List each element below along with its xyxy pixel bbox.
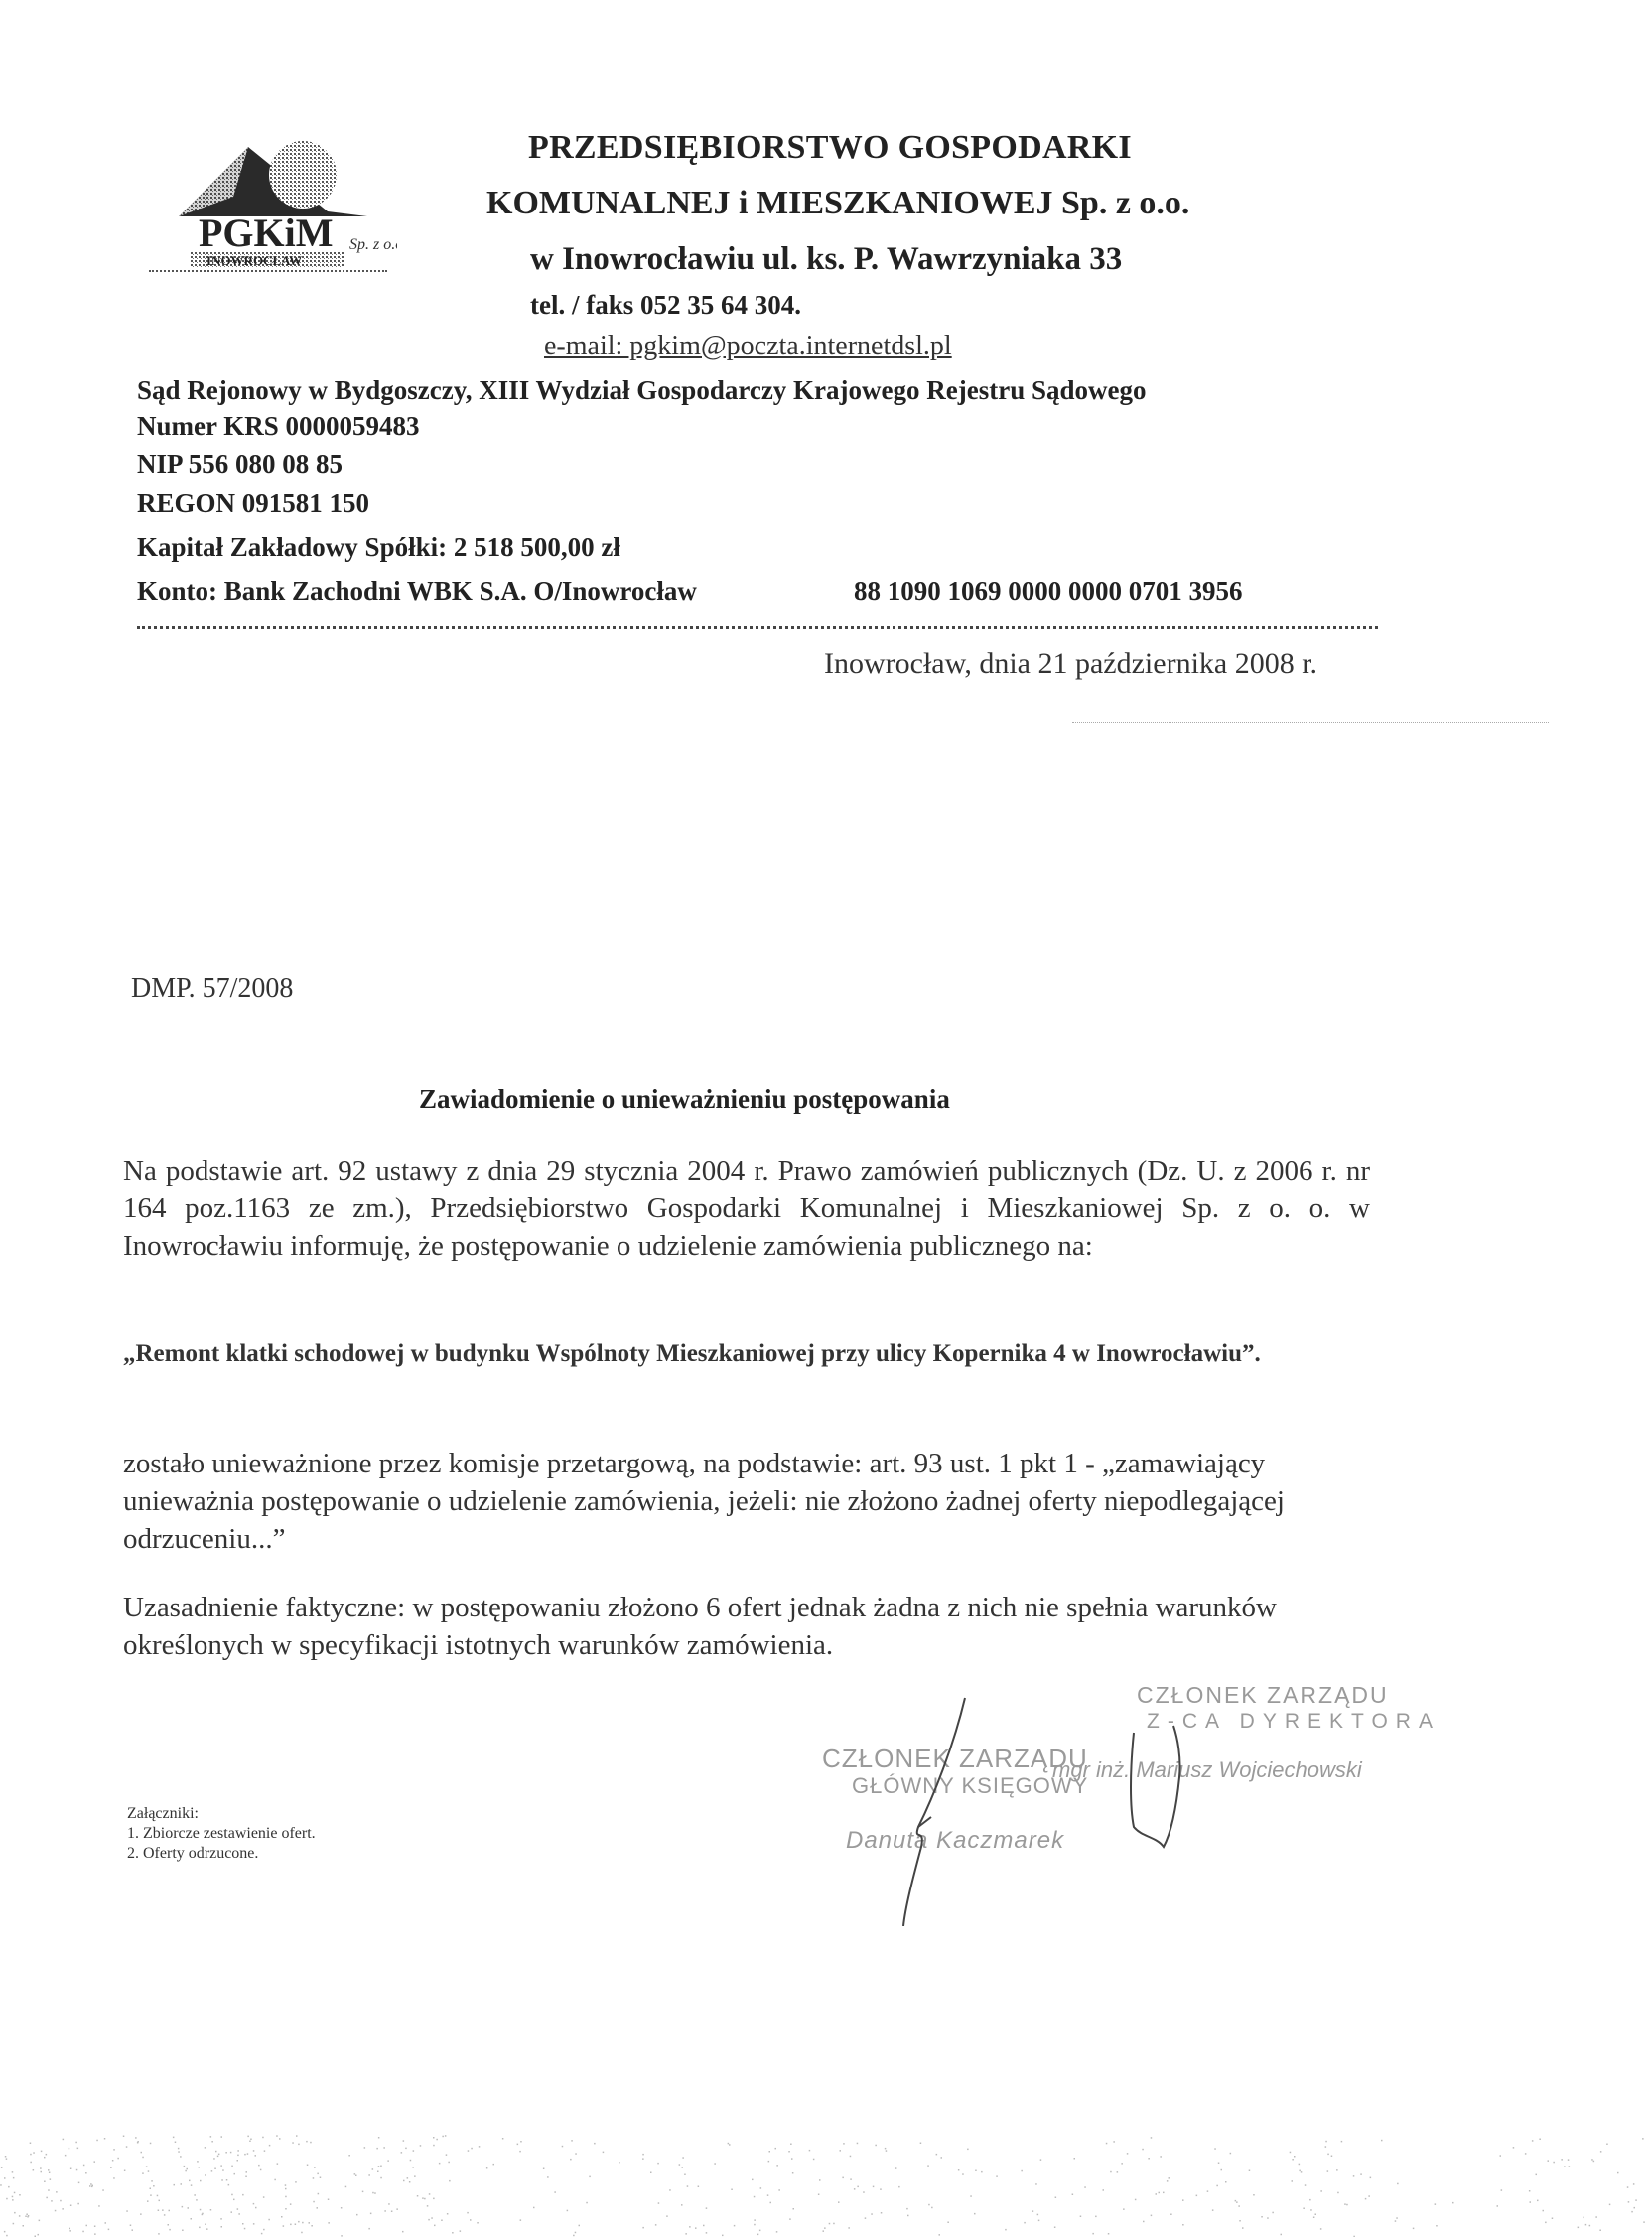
company-name-line1: PRZEDSIĘBIORSTWO GOSPODARKI	[528, 129, 1132, 167]
date-underline	[1072, 722, 1549, 723]
attachment-item: 1. Zbiorcze zestawienie ofert.	[127, 1824, 316, 1844]
handwritten-signatures-icon	[814, 1678, 1509, 1926]
bank-account-number: 88 1090 1069 0000 0000 0701 3956	[854, 576, 1243, 607]
attachments-list: Załączniki: 1. Zbiorcze zestawienie ofer…	[127, 1804, 316, 1864]
svg-text:PGKiM: PGKiM	[199, 210, 334, 255]
bank-name: Konto: Bank Zachodni WBK S.A. O/Inowrocł…	[137, 576, 697, 607]
procurement-subject: „Remont klatki schodowej w budynku Wspól…	[123, 1337, 1364, 1371]
body-paragraph-1: Na podstawie art. 92 ustawy z dnia 29 st…	[123, 1152, 1370, 1265]
company-address: w Inowrocławiu ul. ks. P. Wawrzyniaka 33	[530, 241, 1122, 278]
body-paragraph-2: zostało unieważnione przez komisje przet…	[123, 1445, 1370, 1558]
logo-underline	[149, 270, 387, 272]
nip-number: NIP 556 080 08 85	[137, 449, 343, 480]
svg-text:Sp. z o.o.: Sp. z o.o.	[349, 236, 397, 253]
document-date: Inowrocław, dnia 21 października 2008 r.	[824, 647, 1317, 681]
document-title: Zawiadomienie o unieważnieniu postępowan…	[419, 1084, 950, 1115]
attachment-item: 2. Oferty odrzucone.	[127, 1844, 316, 1864]
svg-text:INOWROCŁAW: INOWROCŁAW	[206, 253, 302, 268]
body-paragraph-3: Uzasadnienie faktyczne: w postępowaniu z…	[123, 1589, 1370, 1664]
krs-number: Numer KRS 0000059483	[137, 411, 420, 442]
company-phone: tel. / faks 052 35 64 304.	[530, 290, 801, 321]
attachments-heading: Załączniki:	[127, 1804, 316, 1824]
share-capital: Kapitał Zakładowy Spółki: 2 518 500,00 z…	[137, 532, 620, 563]
scan-noise	[0, 2135, 1652, 2237]
reference-number: DMP. 57/2008	[131, 973, 293, 1005]
regon-number: REGON 091581 150	[137, 489, 369, 519]
company-logo-icon: PGKiM INOWROCŁAW Sp. z o.o.	[139, 117, 397, 296]
company-email-link[interactable]: e-mail: pgkim@poczta.internetdsl.pl	[544, 331, 952, 362]
header-divider	[137, 626, 1378, 629]
court-registry: Sąd Rejonowy w Bydgoszczy, XIII Wydział …	[137, 375, 1146, 406]
company-name-line2: KOMUNALNEJ i MIESZKANIOWEJ Sp. z o.o.	[486, 185, 1189, 222]
